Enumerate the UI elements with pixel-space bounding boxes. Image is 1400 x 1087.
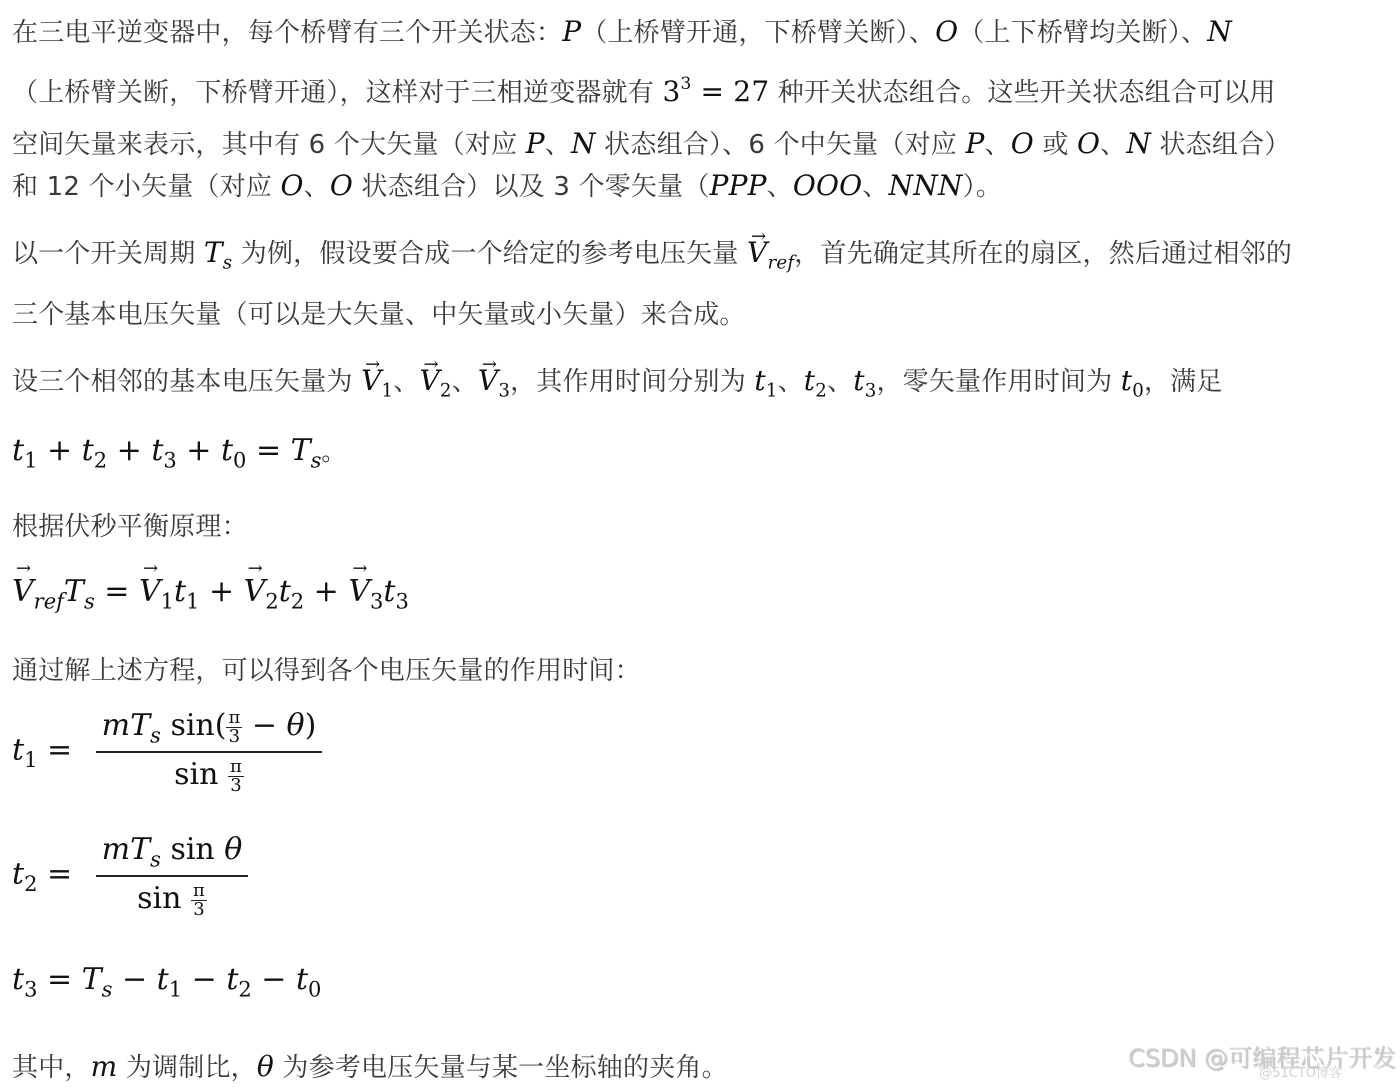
math-subscript: 1 — [766, 380, 778, 401]
math-PPP: PPP — [710, 169, 767, 202]
math-subscript-ref: ref — [767, 252, 794, 273]
text: 、 — [304, 172, 330, 202]
text: 为例，假设要合成一个给定的参考电压矢量 — [232, 239, 747, 269]
math-equals: = — [37, 732, 81, 767]
math-NNN: NNN — [889, 169, 963, 202]
math-t: t — [12, 433, 24, 468]
math-t: t — [383, 574, 395, 609]
51cto-watermark: @51CTO博客 — [1259, 1062, 1342, 1081]
math-T: T — [291, 433, 311, 468]
text: ）。 — [963, 172, 1002, 202]
denominator: sin π3 — [96, 753, 323, 795]
text: 、 — [767, 172, 793, 202]
math-sin: sin — [161, 708, 215, 743]
text: 其中， — [12, 1053, 91, 1083]
math-subscript-s: s — [84, 589, 95, 613]
math-three: 3 — [228, 777, 244, 795]
math-subscript-ref: ref — [34, 589, 64, 613]
math-subscript: 3 — [163, 448, 176, 472]
text: ，零矢量作用时间为 — [876, 367, 1120, 397]
math-subscript: 3 — [865, 380, 877, 401]
text: 以一个开关周期 — [12, 239, 204, 269]
math-mT: mT — [102, 708, 150, 743]
math-subscript: 1 — [24, 748, 37, 772]
text: 为参考电压矢量与某一坐标轴的夹角。 — [274, 1053, 728, 1083]
math-vector-V1: V — [361, 364, 381, 398]
math-subscript: 2 — [291, 589, 304, 613]
math-T: T — [204, 236, 223, 269]
math-O: O — [1011, 127, 1034, 160]
math-subscript: 1 — [24, 448, 37, 472]
math-equals-27: = 27 — [691, 75, 769, 108]
text: ，满足 — [1144, 367, 1223, 397]
math-t: t — [221, 433, 233, 468]
math-subscript-s: s — [311, 448, 322, 472]
paragraph-definitions: 其中，m 为调制比，θ 为参考电压矢量与某一坐标轴的夹角。 — [12, 1050, 728, 1085]
math-subscript: 1 — [169, 977, 182, 1001]
math-sin: sin — [161, 832, 224, 867]
math-paren: ( — [215, 708, 227, 743]
math-O: O — [280, 169, 303, 202]
math-subscript: 1 — [186, 589, 199, 613]
math-subscript: 2 — [815, 380, 827, 401]
paragraph-solve-times: 通过解上述方程，可以得到各个电压矢量的作用时间： — [12, 654, 641, 688]
math-t: t — [226, 962, 238, 997]
text: ，其作用时间分别为 — [510, 367, 754, 397]
math-T: T — [82, 962, 102, 997]
math-T: T — [64, 574, 84, 609]
text: （上桥臂开通，下桥臂关断）、 — [581, 18, 935, 48]
paragraph-volt-second-balance: 根据伏秒平衡原理： — [12, 510, 248, 544]
math-plus: + — [177, 433, 221, 468]
math-O: O — [935, 15, 958, 48]
math-minus: − — [252, 962, 296, 997]
math-P: P — [526, 127, 545, 160]
math-minus: − — [182, 962, 226, 997]
math-t: t — [174, 574, 186, 609]
math-subscript-s: s — [150, 723, 161, 747]
math-minus: − — [112, 962, 156, 997]
math-O: O — [330, 169, 353, 202]
math-subscript: 2 — [265, 589, 278, 613]
math-subscript: 0 — [233, 448, 246, 472]
math-equals: = — [37, 962, 81, 997]
equation-volt-second: VrefTs = V1t1 + V2t2 + V3t3 — [12, 574, 409, 613]
math-three: 3 — [191, 901, 207, 919]
math-three: 3 — [226, 728, 242, 746]
math-subscript: 1 — [161, 589, 174, 613]
math-N: N — [1207, 15, 1232, 48]
numerator: mTs sin θ — [96, 832, 249, 877]
math-subscript: 3 — [498, 380, 510, 401]
math-subscript-s: s — [102, 977, 113, 1001]
math-plus: + — [304, 574, 348, 609]
small-fraction-pi-over-3: π3 — [191, 882, 207, 919]
math-P: P — [965, 127, 984, 160]
denominator: sin π3 — [96, 877, 249, 919]
text: （上下桥臂均关断）、 — [958, 18, 1207, 48]
numerator: mTs sin(π3 − θ) — [96, 708, 323, 753]
math-vector-V1: V — [139, 574, 161, 609]
math-subscript: 3 — [370, 589, 383, 613]
paragraph-switch-states-line-3: 空间矢量来表示，其中有 6 个大矢量（对应 P、N 状态组合）、6 个中矢量（对… — [12, 127, 1291, 162]
math-pi: π — [191, 882, 207, 901]
paragraph-adjacent-vectors: 设三个相邻的基本电压矢量为 V1、V2、V3，其作用时间分别为 t1、t2、t3… — [12, 364, 1223, 408]
text: 在三电平逆变器中，每个桥臂有三个开关状态： — [12, 18, 562, 48]
paragraph-switch-states-line-1: 在三电平逆变器中，每个桥臂有三个开关状态：P（上桥臂开通，下桥臂关断）、O（上下… — [12, 15, 1232, 50]
math-m: m — [91, 1050, 118, 1083]
text: 。 — [321, 438, 345, 466]
text: （上桥臂关断，下桥臂开通），这样对于三相逆变器就有 — [12, 78, 662, 108]
math-theta: θ — [257, 1050, 274, 1083]
math-P: P — [562, 15, 581, 48]
math-subscript-s: s — [150, 847, 161, 871]
equation-time-sum: t1 + t2 + t3 + t0 = Ts。 — [12, 432, 345, 472]
math-t3: t — [853, 364, 864, 397]
math-plus: + — [199, 574, 243, 609]
math-plus: + — [107, 433, 151, 468]
math-equals: = — [95, 574, 139, 609]
math-t0: t — [1121, 364, 1132, 397]
text: 种开关状态组合。这些开关状态组合可以用 — [769, 78, 1275, 108]
math-t: t — [82, 433, 94, 468]
equation-t3: t3 = Ts − t1 − t2 − t0 — [12, 962, 321, 1001]
math-t: t — [12, 962, 24, 997]
math-subscript: 3 — [24, 977, 37, 1001]
paragraph-reference-vector-line-2: 三个基本电压矢量（可以是大矢量、中矢量或小矢量）来合成。 — [12, 298, 746, 332]
math-t: t — [12, 856, 24, 891]
math-subscript: 0 — [308, 977, 321, 1001]
text: 状态组合） — [1151, 130, 1290, 160]
math-OOO: OOO — [793, 169, 862, 202]
math-subscript: 0 — [1132, 380, 1144, 401]
text: 、 — [393, 367, 419, 397]
math-equals: = — [246, 433, 290, 468]
math-N: N — [571, 127, 596, 160]
text: 、 — [985, 130, 1011, 160]
math-vector-V: V — [747, 236, 767, 270]
text: 、 — [827, 367, 853, 397]
text: 和 12 个小矢量（对应 — [12, 172, 280, 202]
math-mT: mT — [102, 832, 150, 867]
math-t1: t — [754, 364, 765, 397]
text: 、 — [862, 172, 888, 202]
math-subscript: 2 — [24, 872, 37, 896]
paragraph-switch-states-line-4: 和 12 个小矢量（对应 O、O 状态组合）以及 3 个零矢量（PPP、OOO、… — [12, 169, 1002, 204]
math-paren: ) — [305, 708, 317, 743]
math-theta: θ — [224, 832, 242, 867]
equation-t2: t2 = mTs sin θ sin π3 — [12, 832, 248, 919]
math-pi: π — [228, 758, 244, 777]
math-t: t — [279, 574, 291, 609]
math-vector-V3: V — [478, 364, 498, 398]
math-subscript: 2 — [94, 448, 107, 472]
math-t2: t — [804, 364, 815, 397]
text: 、 — [545, 130, 571, 160]
math-subscript: 2 — [440, 380, 452, 401]
math-pi: π — [226, 709, 242, 728]
math-N: N — [1126, 127, 1151, 160]
paragraph-reference-vector-line-1: 以一个开关周期 Ts 为例，假设要合成一个给定的参考电压矢量 Vref，首先确定… — [12, 236, 1292, 280]
math-subscript-s: s — [223, 252, 233, 273]
equation-t1: t1 = mTs sin(π3 − θ) sin π3 — [12, 708, 322, 795]
math-subscript: 3 — [395, 589, 408, 613]
math-vector-V2: V — [244, 574, 266, 609]
text: 状态组合）、6 个中矢量（对应 — [596, 130, 966, 160]
math-sin: sin — [174, 757, 228, 792]
math-t: t — [12, 732, 24, 767]
math-subscript: 1 — [382, 380, 394, 401]
fraction: mTs sin(π3 − θ) sin π3 — [96, 708, 323, 795]
text: 为调制比， — [117, 1053, 256, 1083]
math-O: O — [1077, 127, 1100, 160]
math-t: t — [157, 962, 169, 997]
text: ，首先确定其所在的扇区，然后通过相邻的 — [794, 239, 1292, 269]
text: 或 — [1034, 130, 1077, 160]
text: 、 — [778, 367, 804, 397]
math-base: 3 — [662, 75, 680, 108]
math-vector-V2: V — [419, 364, 439, 398]
math-vector-V: V — [12, 574, 34, 609]
small-fraction-pi-over-3: π3 — [228, 758, 244, 795]
math-sin: sin — [137, 881, 191, 916]
text: 状态组合）以及 3 个零矢量（ — [353, 172, 710, 202]
math-exponent: 3 — [680, 73, 691, 93]
text: 空间矢量来表示，其中有 6 个大矢量（对应 — [12, 130, 526, 160]
fraction: mTs sin θ sin π3 — [96, 832, 249, 919]
text: 、 — [1100, 130, 1126, 160]
text: 设三个相邻的基本电压矢量为 — [12, 367, 361, 397]
math-subscript: 2 — [238, 977, 251, 1001]
math-plus: + — [37, 433, 81, 468]
math-t: t — [296, 962, 308, 997]
math-minus-theta: − θ — [242, 708, 304, 743]
paragraph-switch-states-line-2: （上桥臂关断，下桥臂开通），这样对于三相逆变器就有 33 = 27 种开关状态组… — [12, 66, 1276, 110]
text: 、 — [452, 367, 478, 397]
math-equals: = — [37, 856, 81, 891]
math-vector-V3: V — [348, 574, 370, 609]
math-t: t — [151, 433, 163, 468]
small-fraction-pi-over-3: π3 — [226, 709, 242, 746]
